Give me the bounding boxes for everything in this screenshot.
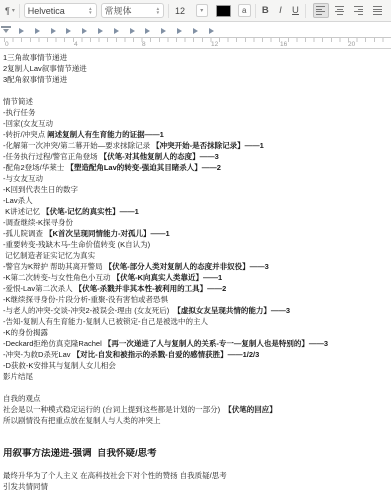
tab-stop-marker[interactable] <box>161 28 166 34</box>
text-line: -配角2登场/华莱士 【塑造配角Lav的转变-强迫其目睹杀人】——2 <box>3 162 391 173</box>
plot-text: 情节简述 <box>3 97 33 106</box>
tab-stop-marker[interactable] <box>209 28 214 34</box>
text-line <box>3 85 391 96</box>
plot-text: -D获救-K安排其与复制人女儿相会 <box>3 361 116 370</box>
annotation-text: 用叙事方法递进-强调 自我怀疑/思考 <box>3 448 157 459</box>
font-family-value: Helvetica <box>28 6 65 16</box>
text-line: -警官为K辩护 帮助其离开警局 【伏笔-部分人类对复制人的态度并非奴役】——3 <box>3 261 391 272</box>
text-line: 1三角故事情节递进 <box>3 52 391 63</box>
plot-text: -K回到代表生日的数字 <box>3 185 78 194</box>
text-line: -转折/冲突点 阐述复制人有生育能力的证据——1 <box>3 129 391 140</box>
plot-text: 社会是以一种模式稳定运行的 (台词上提到这些都是计划的一部分) <box>3 405 224 414</box>
plot-text: K讲述记忆 <box>3 207 42 216</box>
text-line: -D获救-K安排其与复制人女儿相会 <box>3 360 391 371</box>
text-line: 情节简述 <box>3 96 391 107</box>
text-line: 最终升华为了个人主义 在高科技社会下对个性的赞扬 自我质疑/思考 <box>3 470 391 481</box>
tab-stop-marker[interactable] <box>145 28 150 34</box>
text-line: -化解第一次冲突/第二幕开始—要求抹除记录 【冲突开始-是否抹除记录】——1 <box>3 140 391 151</box>
annotation-text: 【伏笔-K向真实人类靠近】——1 <box>113 273 223 282</box>
text-line: 用叙事方法递进-强调 自我怀疑/思考 <box>3 448 391 459</box>
toolbar-separator <box>19 4 20 18</box>
ruler: 048121620 <box>0 22 391 49</box>
annotation-text: 【对比-自发和被指示的杀戮-自爱的感情获胜】——1/2/3 <box>73 350 260 359</box>
chevron-down-icon: ▾ <box>12 7 15 14</box>
tab-stop-marker[interactable] <box>66 28 71 34</box>
text-line: -Deckard拒绝仿真克隆Rachel 【再一次递进了人与复制人的关系-专一—… <box>3 338 391 349</box>
toolbar-separator <box>168 4 169 18</box>
text-line: -执行任务 <box>3 107 391 118</box>
plot-text: 3配角叙事情节递进 <box>3 75 67 84</box>
text-line: -回家(女友互动 <box>3 118 391 129</box>
font-style-value: 常规体 <box>105 4 132 17</box>
annotation-text: 【伏笔-对其他复制人的态度】——3 <box>100 152 219 161</box>
stepper-icon[interactable]: ▲▼ <box>156 7 160 13</box>
italic-button[interactable]: I <box>275 5 286 16</box>
annotation-text: 【伏笔-杀戮并非其本性-被利用的工具】——2 <box>75 284 227 293</box>
text-line: 记忆制造者证实记忆为真实 <box>3 250 391 261</box>
text-line: 自我的观点 <box>3 393 391 404</box>
plot-text: 影片结尾 <box>3 372 33 381</box>
align-left-button[interactable] <box>313 3 329 18</box>
tab-stop-marker[interactable] <box>35 28 40 34</box>
underline-button[interactable]: U <box>290 5 301 16</box>
annotation-text: 【虚拟女友呈现共情的能力】——3 <box>173 306 290 315</box>
stepper-icon[interactable]: ▲▼ <box>88 7 92 13</box>
plot-text: -执行任务 <box>3 108 36 117</box>
text-line: 影片结尾 <box>3 371 391 382</box>
text-line <box>3 459 391 470</box>
plot-text: 2复制人Lav叙事情节递进 <box>3 64 87 73</box>
plot-text: -转折/冲突点 <box>3 130 47 139</box>
ruler-number: 8 <box>142 41 146 48</box>
plot-text: -重要转变-残缺木马-生命价值转变 (K自认为) <box>3 240 150 249</box>
tab-stop-marker[interactable] <box>193 28 198 34</box>
plot-text: -K的身份揭露 <box>3 328 48 337</box>
tab-stop-marker[interactable] <box>19 28 24 34</box>
tab-stop-marker[interactable] <box>177 28 182 34</box>
plot-text: 最终升华为了个人主义 在高科技社会下对个性的赞扬 自我质疑/思考 <box>3 471 227 480</box>
annotation-text: 【伏笔-部分人类对复制人的态度并非奴役】——3 <box>105 262 269 271</box>
plot-text: -Deckard拒绝仿真克隆Rachel <box>3 339 104 348</box>
plot-text: -孤儿院调查 <box>3 229 45 238</box>
toolbar-separator <box>255 4 256 18</box>
annotation-text: 【塑造配角Lav的转变-强迫其目睹杀人】——2 <box>66 163 221 172</box>
ruler-number: 4 <box>74 41 78 48</box>
plot-text: 所以剧情没有把重点放在复制人与人类的冲突上 <box>3 416 161 425</box>
bold-button[interactable]: B <box>260 5 271 16</box>
text-line: 2复制人Lav叙事情节递进 <box>3 63 391 74</box>
ruler-ticks <box>0 37 391 49</box>
text-line: K讲述记忆 【伏笔-记忆的真实性】——1 <box>3 206 391 217</box>
paragraph-style-dropdown[interactable]: ¶ ▾ <box>5 6 15 16</box>
text-line: -爱恨-Lav第二次杀人 【伏笔-杀戮并非其本性-被利用的工具】——2 <box>3 283 391 294</box>
character-style-label: a <box>242 6 246 15</box>
plot-text: -与女友互动 <box>3 174 43 183</box>
text-line: -K的身份揭露 <box>3 327 391 338</box>
annotation-text: 【冲突开始-是否抹除记录】——1 <box>152 141 264 150</box>
plot-text: -K继续探寻身份-片段分析-重聚-没有害怕或者恐惧 <box>3 295 168 304</box>
plot-text: -爱恨-Lav第二次杀人 <box>3 284 75 293</box>
text-line: -孤儿院调查 【K首次呈现同情能力-对孤儿】——1 <box>3 228 391 239</box>
annotation-text: 【伏笔-记忆的真实性】——1 <box>42 207 139 216</box>
text-line: -K继续探寻身份-片段分析-重聚-没有害怕或者恐惧 <box>3 294 391 305</box>
text-line: 所以剧情没有把重点放在复制人与人类的冲突上 <box>3 415 391 426</box>
plot-text: -告知-复制人有生育能力-复制人已被锁定-自己是被选中的主人 <box>3 317 208 326</box>
paragraph-icon: ¶ <box>5 6 10 16</box>
text-line: -告知-复制人有生育能力-复制人已被锁定-自己是被选中的主人 <box>3 316 391 327</box>
plot-text: 自我的观点 <box>3 394 41 403</box>
plot-text: 记忆制造者证实记忆为真实 <box>3 251 95 260</box>
plot-text: 1三角故事情节递进 <box>3 53 67 62</box>
annotation-text: 【再一次递进了人与复制人的关系-专一—复制人也是特别的】——3 <box>104 339 328 348</box>
font-size-dropdown-button[interactable]: ▾ <box>196 4 208 17</box>
align-right-button[interactable] <box>351 3 367 18</box>
plot-text: -K第二次转变-与女性角色小互动 <box>3 273 113 282</box>
chevron-down-icon: ▾ <box>200 7 203 14</box>
plot-text: -与老人的冲突-交谈-冲突2-被误会-理由 (女友死后) <box>3 306 173 315</box>
toolbar-separator <box>305 4 306 18</box>
tab-stop-marker[interactable] <box>130 28 135 34</box>
text-line <box>3 426 391 437</box>
text-line: -任务执行过程/警官正角登场 【伏笔-对其他复制人的态度】——3 <box>3 151 391 162</box>
annotation-text: 【伏笔的回应】 <box>224 405 277 414</box>
text-line: -冲突-为救D杀死Lav 【对比-自发和被指示的杀戮-自爱的感情获胜】——1/2… <box>3 349 391 360</box>
text-line: -与女友互动 <box>3 173 391 184</box>
text-line: -K回到代表生日的数字 <box>3 184 391 195</box>
tab-stop-marker[interactable] <box>51 28 56 34</box>
text-line: -Lav杀人 <box>3 195 391 206</box>
tab-stop-marker[interactable] <box>82 28 87 34</box>
text-color-swatch[interactable] <box>216 5 231 17</box>
text-line: -与老人的冲突-交谈-冲突2-被误会-理由 (女友死后) 【虚拟女友呈现共情的能… <box>3 305 391 316</box>
tab-stop-marker[interactable] <box>114 28 119 34</box>
plot-text: -任务执行过程/警官正角登场 <box>3 152 100 161</box>
plot-text: -调查继续-K探寻身份 <box>3 218 73 227</box>
text-line: -调查继续-K探寻身份 <box>3 217 391 228</box>
ruler-number: 16 <box>280 41 287 48</box>
plot-text: 引发共情同情 <box>3 482 48 491</box>
text-line <box>3 437 391 448</box>
font-size-value[interactable]: 12 <box>173 6 192 16</box>
format-toolbar: ¶ ▾ Helvetica ▲▼ 常规体 ▲▼ 12 ▾ a B I U <box>0 0 391 22</box>
plot-text: -冲突-为救D杀死Lav <box>3 350 73 359</box>
ruler-number: 20 <box>348 41 355 48</box>
text-line: -K第二次转变-与女性角色小互动 【伏笔-K向真实人类靠近】——1 <box>3 272 391 283</box>
align-justify-button[interactable] <box>370 3 386 18</box>
alignment-group <box>313 3 386 18</box>
plot-text: -化解第一次冲突/第二幕开始—要求抹除记录 <box>3 141 152 150</box>
align-center-button[interactable] <box>332 3 348 18</box>
text-line <box>3 382 391 393</box>
plot-text: -警官为K辩护 帮助其离开警局 <box>3 262 105 271</box>
text-line: 引发共情同情 <box>3 481 391 492</box>
text-line: -重要转变-残缺木马-生命价值转变 (K自认为) <box>3 239 391 250</box>
ruler-number: 0 <box>5 41 9 48</box>
ruler-number: 12 <box>211 41 218 48</box>
indent-marker[interactable] <box>1 26 11 33</box>
annotation-text: 【K首次呈现同情能力-对孤儿】——1 <box>45 229 170 238</box>
plot-text: -回家(女友互动 <box>3 119 53 128</box>
text-line: 社会是以一种模式稳定运行的 (台词上提到这些都是计划的一部分) 【伏笔的回应】 <box>3 404 391 415</box>
plot-text: -配角2登场/华莱士 <box>3 163 66 172</box>
font-family-field[interactable]: Helvetica ▲▼ <box>24 3 97 18</box>
plot-text: -Lav杀人 <box>3 196 33 205</box>
annotation-text: 阐述复制人有生育能力的证据——1 <box>47 130 164 139</box>
text-line: 3配角叙事情节递进 <box>3 74 391 85</box>
document-body[interactable]: 1三角故事情节递进2复制人Lav叙事情节递进3配角叙事情节递进 情节简述-执行任… <box>0 49 391 492</box>
font-style-field[interactable]: 常规体 ▲▼ <box>101 3 165 18</box>
character-style-button[interactable]: a <box>238 4 251 17</box>
tab-stop-marker[interactable] <box>98 28 103 34</box>
